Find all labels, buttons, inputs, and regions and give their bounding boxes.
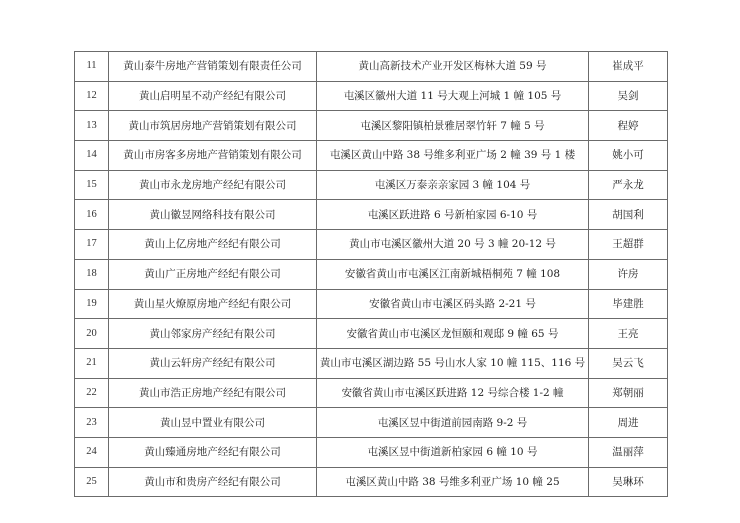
table-row: 16黄山徽昱网络科技有限公司屯溪区跃进路 6 号新柏家园 6-10 号胡国利 <box>75 200 668 230</box>
row-number: 25 <box>75 467 109 497</box>
address-cell: 黄山市屯溪区徽州大道 20 号 3 幢 20-12 号 <box>317 230 589 260</box>
contact-person-cell: 胡国利 <box>589 200 668 230</box>
company-name-cell: 黄山泰牛房地产营销策划有限责任公司 <box>109 52 317 82</box>
contact-person-cell: 程婷 <box>589 111 668 141</box>
row-number: 22 <box>75 378 109 408</box>
address-cell: 屯溪区黄山中路 38 号维多利亚广场 2 幢 39 号 1 楼 <box>317 141 589 171</box>
address-cell: 屯溪区徽州大道 11 号大观上河城 1 幢 105 号 <box>317 81 589 111</box>
table-row: 19黄山星火燎原房地产经纪有限公司安徽省黄山市屯溪区码头路 2-21 号毕建胜 <box>75 289 668 319</box>
row-number: 17 <box>75 230 109 260</box>
table-row: 11黄山泰牛房地产营销策划有限责任公司黄山高新技术产业开发区梅林大道 59 号崔… <box>75 52 668 82</box>
table-row: 17黄山上亿房地产经纪有限公司黄山市屯溪区徽州大道 20 号 3 幢 20-12… <box>75 230 668 260</box>
address-cell: 安徽省黄山市屯溪区跃进路 12 号综合楼 1-2 幢 <box>317 378 589 408</box>
roster-body: 11黄山泰牛房地产营销策划有限责任公司黄山高新技术产业开发区梅林大道 59 号崔… <box>75 52 668 497</box>
address-cell: 屯溪区跃进路 6 号新柏家园 6-10 号 <box>317 200 589 230</box>
table-row: 23黄山昱中置业有限公司屯溪区昱中街道前园南路 9-2 号周进 <box>75 408 668 438</box>
table-row: 14黄山市房客多房地产营销策划有限公司屯溪区黄山中路 38 号维多利亚广场 2 … <box>75 141 668 171</box>
address-cell: 黄山高新技术产业开发区梅林大道 59 号 <box>317 52 589 82</box>
contact-person-cell: 吴剑 <box>589 81 668 111</box>
contact-person-cell: 周进 <box>589 408 668 438</box>
company-name-cell: 黄山市和贵房产经纪有限公司 <box>109 467 317 497</box>
company-name-cell: 黄山徽昱网络科技有限公司 <box>109 200 317 230</box>
contact-person-cell: 吴云飞 <box>589 348 668 378</box>
table-row: 25黄山市和贵房产经纪有限公司屯溪区黄山中路 38 号维多利亚广场 10 幢 2… <box>75 467 668 497</box>
contact-person-cell: 姚小可 <box>589 141 668 171</box>
table-row: 21黄山云轩房产经纪有限公司黄山市屯溪区湖边路 55 号山水人家 10 幢 11… <box>75 348 668 378</box>
company-name-cell: 黄山市房客多房地产营销策划有限公司 <box>109 141 317 171</box>
contact-person-cell: 王超群 <box>589 230 668 260</box>
company-name-cell: 黄山云轩房产经纪有限公司 <box>109 348 317 378</box>
address-cell: 屯溪区黄山中路 38 号维多利亚广场 10 幢 25 <box>317 467 589 497</box>
address-cell: 屯溪区万泰亲亲家园 3 幢 104 号 <box>317 170 589 200</box>
row-number: 13 <box>75 111 109 141</box>
company-name-cell: 黄山广正房地产经纪有限公司 <box>109 259 317 289</box>
table-row: 15黄山市永龙房地产经纪有限公司屯溪区万泰亲亲家园 3 幢 104 号严永龙 <box>75 170 668 200</box>
table-row: 12黄山启明星不动产经纪有限公司屯溪区徽州大道 11 号大观上河城 1 幢 10… <box>75 81 668 111</box>
company-name-cell: 黄山启明星不动产经纪有限公司 <box>109 81 317 111</box>
company-name-cell: 黄山昱中置业有限公司 <box>109 408 317 438</box>
company-name-cell: 黄山星火燎原房地产经纪有限公司 <box>109 289 317 319</box>
row-number: 19 <box>75 289 109 319</box>
address-cell: 安徽省黄山市屯溪区码头路 2-21 号 <box>317 289 589 319</box>
company-roster-table: 11黄山泰牛房地产营销策划有限责任公司黄山高新技术产业开发区梅林大道 59 号崔… <box>74 51 668 497</box>
row-number: 16 <box>75 200 109 230</box>
row-number: 12 <box>75 81 109 111</box>
company-name-cell: 黄山市浩正房地产经纪有限公司 <box>109 378 317 408</box>
contact-person-cell: 王亮 <box>589 319 668 349</box>
row-number: 24 <box>75 437 109 467</box>
table-row: 20黄山邻家房产经纪有限公司安徽省黄山市屯溪区龙恒颐和观邸 9 幢 65 号王亮 <box>75 319 668 349</box>
address-cell: 屯溪区黎阳镇柏景雅居翠竹轩 7 幢 5 号 <box>317 111 589 141</box>
row-number: 14 <box>75 141 109 171</box>
contact-person-cell: 吴琳环 <box>589 467 668 497</box>
contact-person-cell: 严永龙 <box>589 170 668 200</box>
address-cell: 屯溪区昱中街道前园南路 9-2 号 <box>317 408 589 438</box>
table-row: 18黄山广正房地产经纪有限公司安徽省黄山市屯溪区江南新城梧桐苑 7 幢 108许… <box>75 259 668 289</box>
address-cell: 黄山市屯溪区湖边路 55 号山水人家 10 幢 115、116 号 <box>317 348 589 378</box>
document-page: 11黄山泰牛房地产营销策划有限责任公司黄山高新技术产业开发区梅林大道 59 号崔… <box>0 0 740 523</box>
contact-person-cell: 温丽萍 <box>589 437 668 467</box>
address-cell: 安徽省黄山市屯溪区江南新城梧桐苑 7 幢 108 <box>317 259 589 289</box>
contact-person-cell: 郑朝丽 <box>589 378 668 408</box>
address-cell: 屯溪区昱中街道新柏家园 6 幢 10 号 <box>317 437 589 467</box>
company-name-cell: 黄山上亿房地产经纪有限公司 <box>109 230 317 260</box>
table-row: 13黄山市筑居房地产营销策划有限公司屯溪区黎阳镇柏景雅居翠竹轩 7 幢 5 号程… <box>75 111 668 141</box>
row-number: 20 <box>75 319 109 349</box>
row-number: 23 <box>75 408 109 438</box>
contact-person-cell: 崔成平 <box>589 52 668 82</box>
contact-person-cell: 许房 <box>589 259 668 289</box>
company-name-cell: 黄山市永龙房地产经纪有限公司 <box>109 170 317 200</box>
address-cell: 安徽省黄山市屯溪区龙恒颐和观邸 9 幢 65 号 <box>317 319 589 349</box>
company-name-cell: 黄山邻家房产经纪有限公司 <box>109 319 317 349</box>
contact-person-cell: 毕建胜 <box>589 289 668 319</box>
row-number: 21 <box>75 348 109 378</box>
row-number: 15 <box>75 170 109 200</box>
table-row: 22黄山市浩正房地产经纪有限公司安徽省黄山市屯溪区跃进路 12 号综合楼 1-2… <box>75 378 668 408</box>
company-name-cell: 黄山市筑居房地产营销策划有限公司 <box>109 111 317 141</box>
table-row: 24黄山臻通房地产经纪有限公司屯溪区昱中街道新柏家园 6 幢 10 号温丽萍 <box>75 437 668 467</box>
row-number: 11 <box>75 52 109 82</box>
company-name-cell: 黄山臻通房地产经纪有限公司 <box>109 437 317 467</box>
row-number: 18 <box>75 259 109 289</box>
